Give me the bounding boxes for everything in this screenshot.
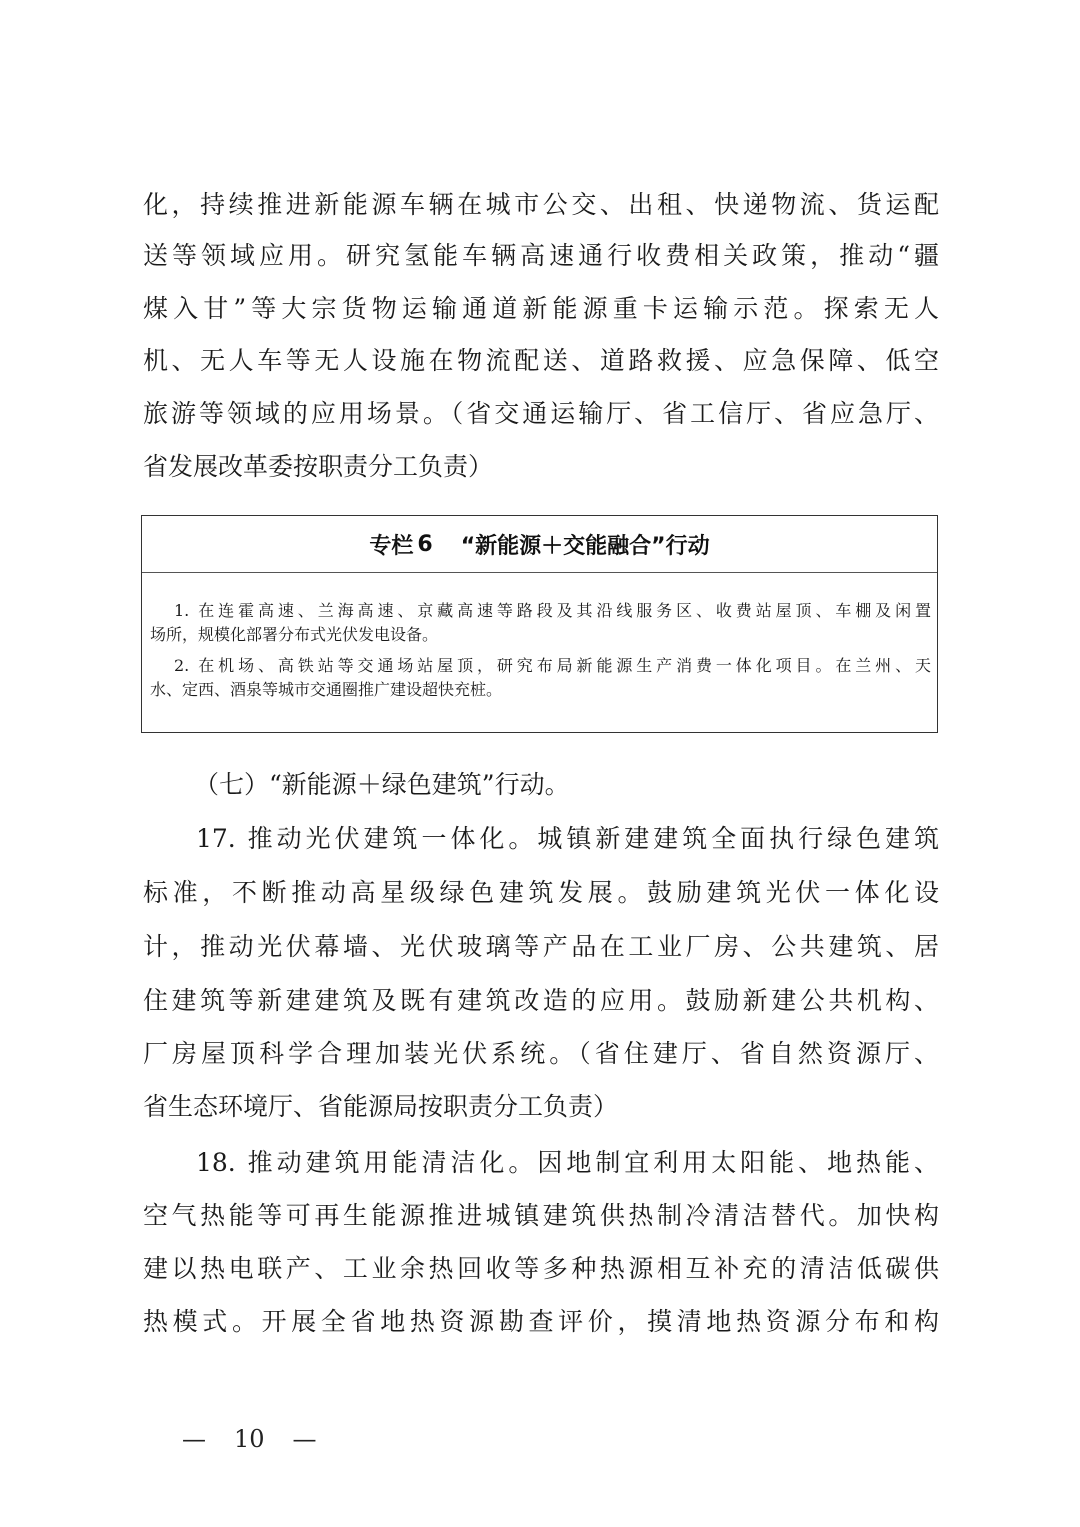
- footer-dash-left: —: [182, 1425, 206, 1453]
- text-line: 住建筑等新建建筑及既有建筑改造的应用。鼓励新建公共机构、: [143, 984, 939, 1018]
- text-line: 送等领域应用。研究氢能车辆高速通行收费相关政策，推动“疆: [143, 239, 939, 273]
- text-line: 标准，不断推动高星级绿色建筑发展。鼓励建筑光伏一体化设: [143, 876, 939, 910]
- column-item-line: 场所，规模化部署分布式光伏发电设备。: [150, 623, 931, 647]
- page-number: 10: [234, 1425, 265, 1453]
- document-page: 化，持续推进新能源车辆在城市公交、出租、快递物流、货运配 送等领域应用。研究氢能…: [0, 0, 1080, 1527]
- column-item-line: 1. 在连霍高速、兰海高速、京藏高速等路段及其沿线服务区、收费站屋顶、车棚及闲置: [174, 599, 931, 623]
- column-item-line: 水、定西、酒泉等城市交通圈推广建设超快充桩。: [150, 678, 931, 702]
- text-line: 厂房屋顶科学合理加装光伏系统。（省住建厅、省自然资源厅、: [143, 1037, 939, 1071]
- text-line: 省生态环境厅、省能源局按职责分工负责）: [143, 1090, 939, 1124]
- column-number: 6: [417, 532, 432, 557]
- column-box-title: 专栏 6 “新能源＋交能融合”行动: [142, 516, 937, 573]
- text-line: 空气热能等可再生能源推进城镇建筑供热制冷清洁替代。加快构: [143, 1199, 939, 1233]
- footer-dash-right: —: [293, 1425, 317, 1453]
- text-line: 省发展改革委按职责分工负责）: [143, 450, 939, 484]
- text-line: 旅游等领域的应用场景。（省交通运输厅、省工信厅、省应急厅、: [143, 397, 939, 431]
- text-line: 机、无人车等无人设施在物流配送、道路救援、应急保障、低空: [143, 344, 939, 378]
- text-line: 18. 推动建筑用能清洁化。因地制宜利用太阳能、地热能、: [196, 1146, 939, 1180]
- column-title: “新能源＋交能融合”行动: [461, 529, 710, 560]
- text-line: 建以热电联产、工业余热回收等多种热源相互补充的清洁低碳供: [143, 1252, 939, 1286]
- column-label: 专栏: [369, 529, 413, 560]
- text-line: 热模式。开展全省地热资源勘查评价，摸清地热资源分布和构: [143, 1305, 939, 1339]
- text-line: 煤入甘”等大宗货物运输通道新能源重卡运输示范。探索无人: [143, 292, 939, 326]
- page-footer: —10—: [168, 1424, 331, 1454]
- text-line: 计，推动光伏幕墙、光伏玻璃等产品在工业厂房、公共建筑、居: [143, 930, 939, 964]
- text-line: 17. 推动光伏建筑一体化。城镇新建建筑全面执行绿色建筑: [196, 822, 939, 856]
- section-heading: （七）“新能源＋绿色建筑”行动。: [194, 768, 937, 802]
- text-line: 化，持续推进新能源车辆在城市公交、出租、快递物流、货运配: [143, 188, 939, 222]
- column-item-line: 2. 在机场、高铁站等交通场站屋顶，研究布局新能源生产消费一体化项目。在兰州、天: [174, 654, 931, 678]
- column-box: 专栏 6 “新能源＋交能融合”行动 1. 在连霍高速、兰海高速、京藏高速等路段及…: [141, 515, 938, 733]
